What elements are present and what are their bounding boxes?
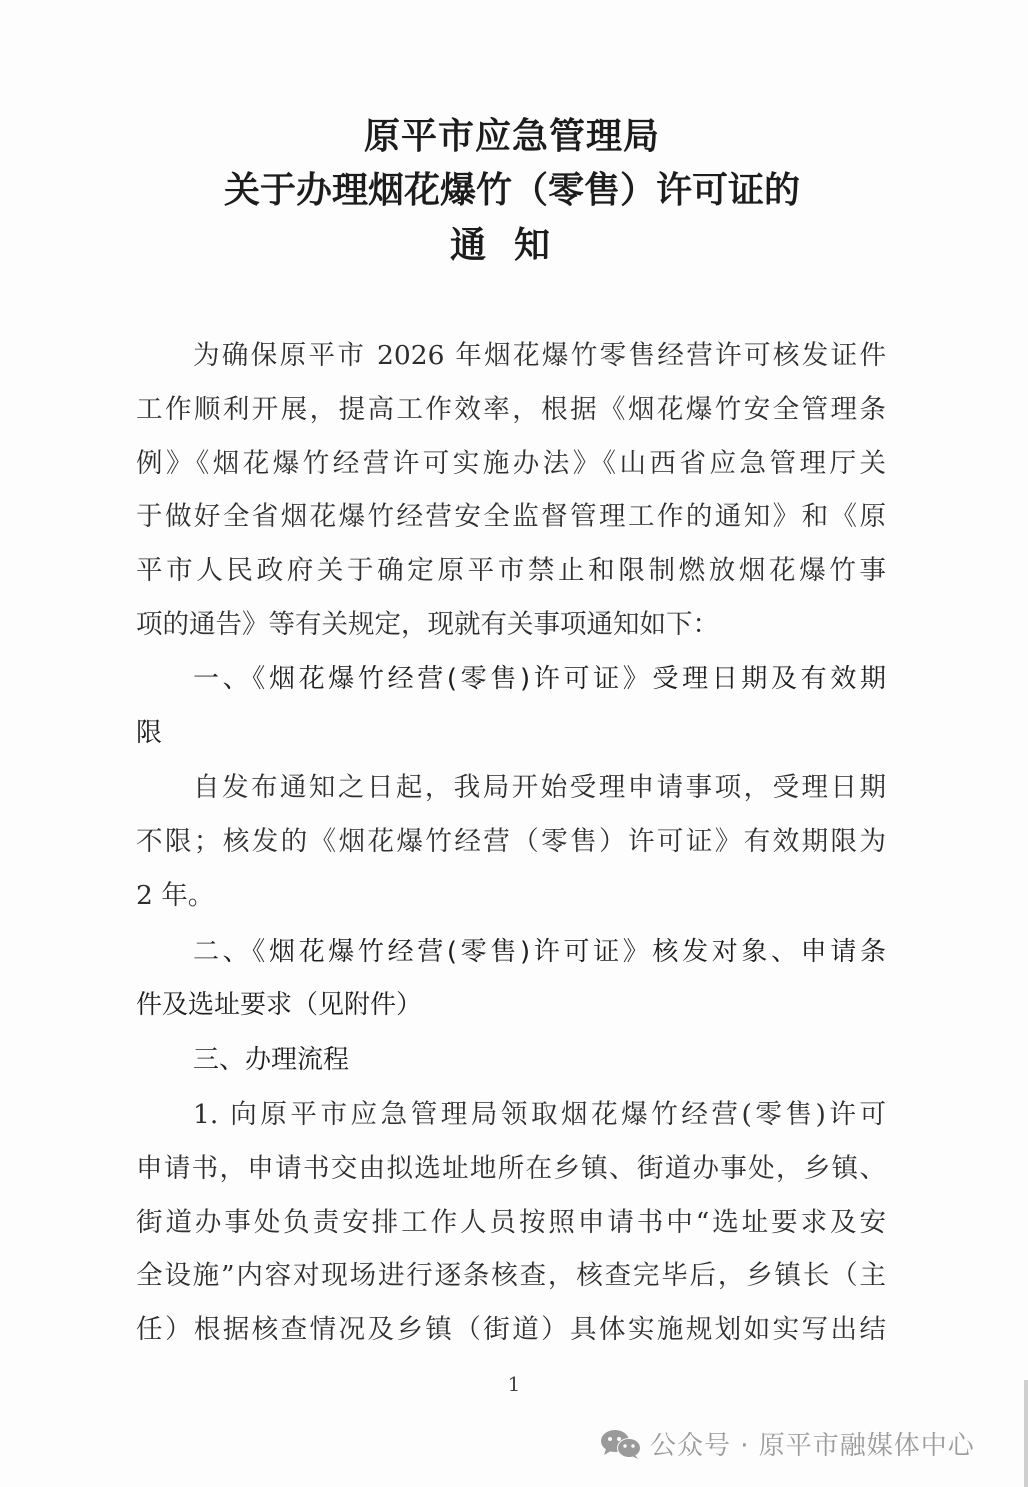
body-text-line: 为确保原平市 2026 年烟花爆竹零售经营许可核发证件: [193, 338, 886, 374]
page-number: 1: [0, 1372, 1028, 1396]
title-issuer: 原平市应急管理局: [0, 108, 1026, 159]
section-heading-line: 限: [136, 715, 886, 751]
section-heading-line: 件及选址要求（见附件）: [136, 987, 886, 1023]
wechat-icon: [600, 1428, 642, 1460]
body-text-line: 于做好全省烟花爆竹经营安全监督管理工作的通知》和《原: [136, 499, 886, 535]
body-text-line: 工作顺利开展，提高工作效率，根据《烟花爆竹安全管理条: [136, 392, 886, 428]
body-text-line: 自发布通知之日起，我局开始受理申请事项，受理日期: [193, 770, 886, 806]
body-text-line: 1. 向原平市应急管理局领取烟花爆竹经营(零售)许可: [193, 1097, 886, 1133]
section-heading-line: 一、《烟花爆竹经营(零售)许可证》受理日期及有效期: [193, 661, 886, 697]
body-text-line: 例》《烟花爆竹经营许可实施办法》《山西省应急管理厅关: [136, 446, 886, 482]
body-text-line: 街道办事处负责安排工作人员按照申请书中“选址要求及安: [136, 1205, 886, 1241]
body-text-line: 2 年。: [136, 878, 886, 914]
watermark: 公众号 · 原平市融媒体中心: [600, 1425, 975, 1462]
section-heading-line: 三、办理流程: [193, 1042, 886, 1078]
page-edge: [1024, 1380, 1028, 1487]
watermark-text: 公众号 · 原平市融媒体中心: [650, 1425, 975, 1462]
document-page: 原平市应急管理局 关于办理烟花爆竹（零售）许可证的 通知 为确保原平市 2026…: [0, 0, 1028, 1487]
section-heading-line: 二、《烟花爆竹经营(零售)许可证》核发对象、申请条: [193, 934, 886, 970]
title-notice: 通知: [0, 217, 1028, 268]
body-text-line: 平市人民政府关于确定原平市禁止和限制燃放烟花爆竹事: [136, 553, 886, 589]
body-text-line: 申请书，申请书交由拟选址地所在乡镇、街道办事处，乡镇、: [136, 1151, 886, 1187]
body-text-line: 全设施”内容对现场进行逐条核查，核查完毕后，乡镇长（主: [136, 1258, 886, 1294]
title-subject: 关于办理烟花爆竹（零售）许可证的: [0, 162, 1026, 213]
body-text-line: 项的通告》等有关规定，现就有关事项通知如下：: [136, 607, 886, 643]
body-text-line: 不限；核发的《烟花爆竹经营（零售）许可证》有效期限为: [136, 824, 886, 860]
body-text-line: 任）根据核查情况及乡镇（街道）具体实施规划如实写出结: [136, 1312, 886, 1348]
